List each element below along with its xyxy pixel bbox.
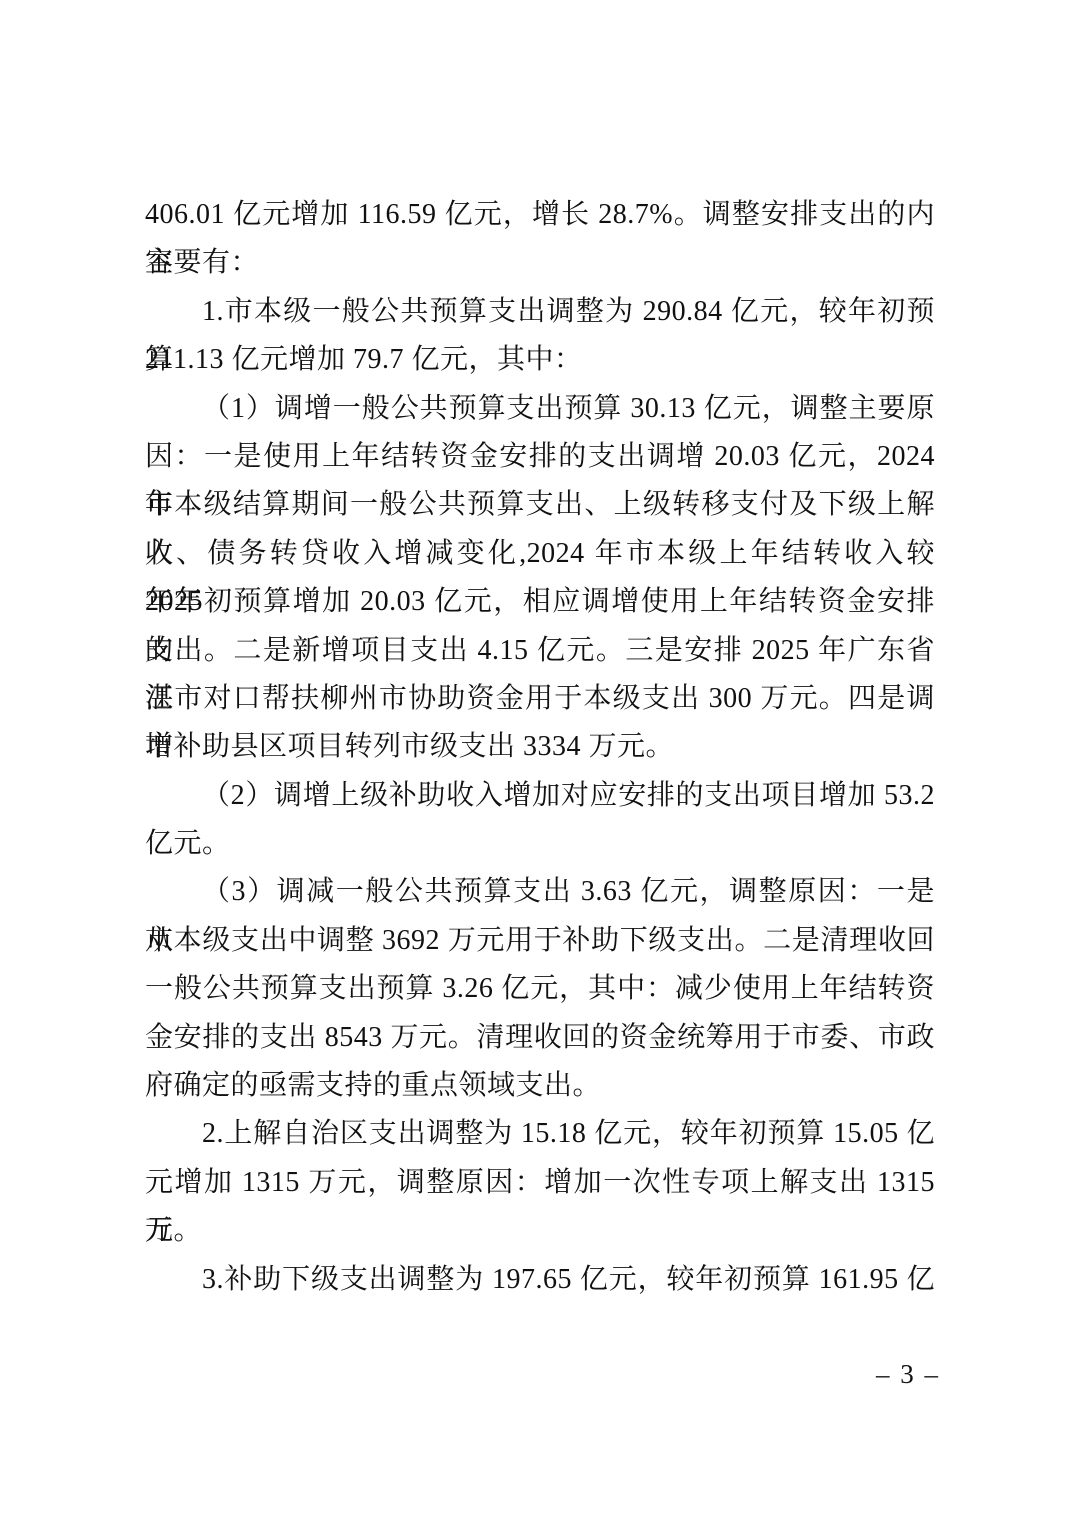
text-line: （3）调减一般公共预算支出 3.63 亿元，调整原因：一是从: [145, 868, 935, 916]
text-line: 府确定的亟需支持的重点领域支出。: [145, 1062, 935, 1110]
text-line: 元增加 1315 万元，调整原因：增加一次性专项上解支出 1315 万: [145, 1159, 935, 1207]
document-text-block: 406.01 亿元增加 116.59 亿元，增长 28.7%。调整安排支出的内容…: [145, 191, 935, 1304]
text-line: （1）调增一般公共预算支出预算 30.13 亿元，调整主要原: [145, 385, 935, 433]
text-line: 年年初预算增加 20.03 亿元，相应调增使用上年结转资金安排的: [145, 578, 935, 626]
text-line: 1.市本级一般公共预算支出调整为 290.84 亿元，较年初预算: [145, 288, 935, 336]
text-line: 亿元。: [145, 820, 935, 868]
text-line: 3.补助下级支出调整为 197.65 亿元，较年初预算 161.95 亿: [145, 1256, 935, 1304]
text-line: 元。: [145, 1207, 935, 1255]
text-line: 211.13 亿元增加 79.7 亿元，其中：: [145, 336, 935, 384]
text-line: 金安排的支出 8543 万元。清理收回的资金统筹用于市委、市政: [145, 1014, 935, 1062]
text-line: 主要有：: [145, 239, 935, 287]
text-line: 市本级支出中调整 3692 万元用于补助下级支出。二是清理收回: [145, 917, 935, 965]
text-line: 市补助县区项目转列市级支出 3334 万元。: [145, 723, 935, 771]
document-page: 406.01 亿元增加 116.59 亿元，增长 28.7%。调整安排支出的内容…: [0, 0, 1074, 1520]
text-line: 一般公共预算支出预算 3.26 亿元，其中：减少使用上年结转资: [145, 965, 935, 1013]
text-line: 因：一是使用上年结转资金安排的支出调增 20.03 亿元，2024 年: [145, 433, 935, 481]
text-line: 入、债务转贷收入增减变化,2024 年市本级上年结转收入较 2025: [145, 530, 935, 578]
text-line: 2.上解自治区支出调整为 15.18 亿元，较年初预算 15.05 亿: [145, 1110, 935, 1158]
page-number: – 3 –: [876, 1356, 940, 1392]
text-line: 市本级结算期间一般公共预算支出、上级转移支付及下级上解收: [145, 481, 935, 529]
text-line: （2）调增上级补助收入增加对应安排的支出项目增加 53.2: [145, 772, 935, 820]
text-line: 406.01 亿元增加 116.59 亿元，增长 28.7%。调整安排支出的内容: [145, 191, 935, 239]
text-line: 支出。二是新增项目支出 4.15 亿元。三是安排 2025 年广东省湛: [145, 627, 935, 675]
text-line: 江市对口帮扶柳州市协助资金用于本级支出 300 万元。四是调增: [145, 675, 935, 723]
